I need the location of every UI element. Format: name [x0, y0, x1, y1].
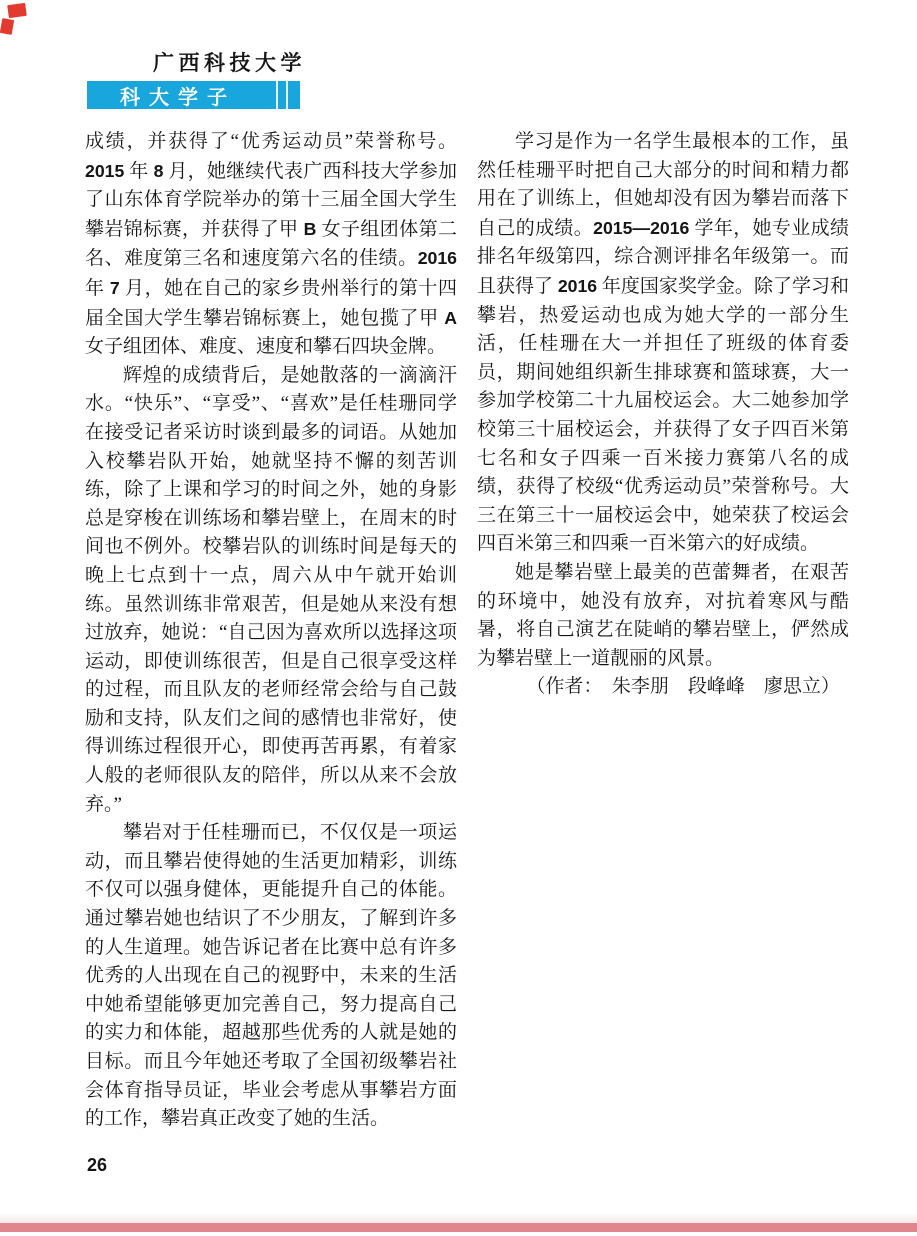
bold-number: A: [444, 308, 457, 328]
banner-separator-line: [286, 81, 288, 109]
red-corner-mark-1: [7, 3, 27, 18]
red-corner-mark-2: [0, 18, 14, 35]
paragraph: 学习是作为一名学生最根本的工作，虽然任桂珊平时把自己大部分的时间和精力都用在了训…: [477, 128, 849, 559]
text-segment: （作者： 朱李朋 段峰峰 廖思立）: [526, 676, 840, 697]
author-byline: （作者： 朱李朋 段峰峰 廖思立）: [477, 673, 849, 702]
magazine-page: 广西科技大学 科大学子 成绩，并获得了“优秀运动员”荣誉称号。2015 年 8 …: [0, 0, 917, 1236]
section-banner: 科大学子: [87, 81, 300, 109]
banner-separator-line: [276, 81, 278, 109]
page-number: 26: [87, 1155, 107, 1176]
bold-number: 8: [154, 161, 164, 181]
university-name: 广西科技大学: [153, 47, 306, 77]
text-segment: 女子组团体、难度、速度和攀石四块金牌。: [85, 336, 446, 357]
bold-number: 2016: [558, 276, 597, 296]
paragraph: 成绩，并获得了“优秀运动员”荣誉称号。2015 年 8 月，她继续代表广西科技大…: [85, 128, 457, 362]
text-segment: 年: [124, 161, 153, 182]
text-segment: 她是攀岩壁上最美的芭蕾舞者，在艰苦的环境中，她没有放弃，对抗着寒风与酷暑，将自己…: [477, 562, 849, 669]
left-column: 成绩，并获得了“优秀运动员”荣誉称号。2015 年 8 月，她继续代表广西科技大…: [85, 128, 457, 1134]
bold-number: 2015: [85, 161, 124, 181]
footer-bar: [0, 1223, 917, 1232]
bold-number: 2016: [418, 248, 457, 268]
text-segment: 成绩，并获得了“优秀运动员”荣誉称号。: [85, 131, 457, 152]
paragraph: 她是攀岩壁上最美的芭蕾舞者，在艰苦的环境中，她没有放弃，对抗着寒风与酷暑，将自己…: [477, 559, 849, 673]
right-column: 学习是作为一名学生最根本的工作，虽然任桂珊平时把自己大部分的时间和精力都用在了训…: [477, 128, 849, 702]
text-segment: 年度国家奖学金。除了学习和攀岩，热爱运动也成为她大学的一部分生活，任桂珊在大一并…: [477, 276, 849, 554]
paragraph: 辉煌的成绩背后，是她散落的一滴滴汗水。“快乐”、“享受”、“喜欢”是任桂珊同学在…: [85, 362, 457, 820]
footer-gradient: [0, 1213, 917, 1223]
section-title: 科大学子: [120, 81, 236, 110]
bold-number: 7: [110, 278, 120, 298]
paragraph: 攀岩对于任桂珊而已，不仅仅是一项运动，而且攀岩使得她的生活更加精彩，训练不仅可以…: [85, 819, 457, 1134]
text-segment: 辉煌的成绩背后，是她散落的一滴滴汗水。“快乐”、“享受”、“喜欢”是任桂珊同学在…: [85, 365, 457, 815]
text-segment: 月，她在自己的家乡贵州举行的第十四届全国大学生攀岩锦标赛上，她包揽了甲: [85, 278, 457, 329]
bold-number: B: [304, 219, 317, 239]
text-segment: 攀岩对于任桂珊而已，不仅仅是一项运动，而且攀岩使得她的生活更加精彩，训练不仅可以…: [85, 822, 457, 1129]
bold-number: 2015—2016: [593, 218, 689, 238]
text-segment: 年: [85, 278, 110, 299]
